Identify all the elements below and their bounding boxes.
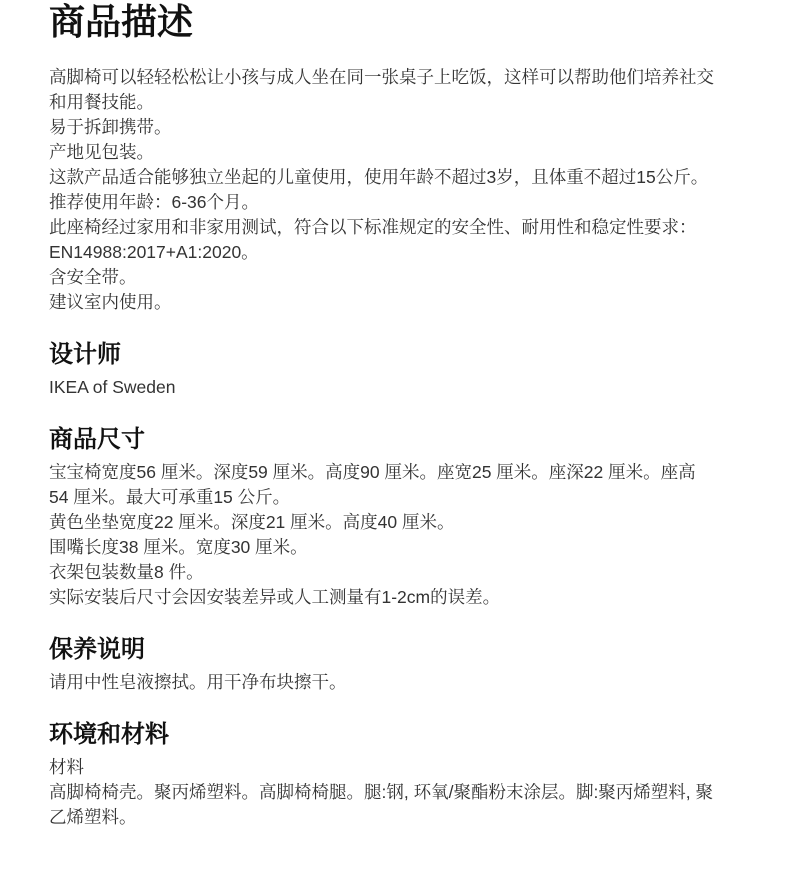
description-line: EN14988:2017+A1:2020。 [49,240,741,265]
materials-line: 材料 [49,755,741,780]
description-line: 建议室内使用。 [49,290,741,315]
materials-line: 高脚椅椅壳。聚丙烯塑料。高脚椅椅腿。腿:钢, 环氧/聚酯粉末涂层。脚:聚丙烯塑料… [49,780,741,805]
section-care: 保养说明 请用中性皂液擦拭。用干净布块擦干。 [49,636,741,695]
section-heading-dimensions: 商品尺寸 [49,426,741,454]
dimensions-line: 黄色坐垫宽度22 厘米。深度21 厘米。高度40 厘米。 [49,510,741,535]
dimensions-line: 衣架包装数量8 件。 [49,560,741,585]
designer-text: IKEA of Sweden [49,375,741,400]
section-materials: 环境和材料 材料 高脚椅椅壳。聚丙烯塑料。高脚椅椅腿。腿:钢, 环氧/聚酯粉末涂… [49,721,741,830]
section-heading-care: 保养说明 [49,636,741,664]
designer-name: IKEA of Sweden [49,375,741,400]
care-text: 请用中性皂液擦拭。用干净布块擦干。 [49,670,741,695]
product-description-page: 商品描述 高脚椅可以轻轻松松让小孩与成人坐在同一张桌子上吃饭，这样可以帮助他们培… [0,0,790,894]
dimensions-line: 实际安装后尺寸会因安装差异或人工测量有1-2cm的误差。 [49,585,741,610]
description-line: 和用餐技能。 [49,90,741,115]
section-heading-designer: 设计师 [49,341,741,369]
description-line: 推荐使用年龄：6-36个月。 [49,190,741,215]
description-text: 高脚椅可以轻轻松松让小孩与成人坐在同一张桌子上吃饭，这样可以帮助他们培养社交 和… [49,65,741,315]
description-line: 产地见包装。 [49,140,741,165]
description-line: 这款产品适合能够独立坐起的儿童使用，使用年龄不超过3岁，且体重不超过15公斤。 [49,165,741,190]
materials-text: 材料 高脚椅椅壳。聚丙烯塑料。高脚椅椅腿。腿:钢, 环氧/聚酯粉末涂层。脚:聚丙… [49,755,741,830]
dimensions-line: 宝宝椅宽度56 厘米。深度59 厘米。高度90 厘米。座宽25 厘米。座深22 … [49,460,741,485]
description-line: 含安全带。 [49,265,741,290]
section-dimensions: 商品尺寸 宝宝椅宽度56 厘米。深度59 厘米。高度90 厘米。座宽25 厘米。… [49,426,741,610]
description-line: 此座椅经过家用和非家用测试，符合以下标准规定的安全性、耐用性和稳定性要求： [49,215,741,240]
dimensions-line: 54 厘米。最大可承重15 公斤。 [49,485,741,510]
description-line: 易于拆卸携带。 [49,115,741,140]
dimensions-text: 宝宝椅宽度56 厘米。深度59 厘米。高度90 厘米。座宽25 厘米。座深22 … [49,460,741,610]
description-line: 高脚椅可以轻轻松松让小孩与成人坐在同一张桌子上吃饭，这样可以帮助他们培养社交 [49,65,741,90]
care-line: 请用中性皂液擦拭。用干净布块擦干。 [49,670,741,695]
section-heading-materials: 环境和材料 [49,721,741,749]
dimensions-line: 围嘴长度38 厘米。宽度30 厘米。 [49,535,741,560]
section-designer: 设计师 IKEA of Sweden [49,341,741,400]
page-title: 商品描述 [49,0,741,44]
materials-line: 乙烯塑料。 [49,805,741,830]
